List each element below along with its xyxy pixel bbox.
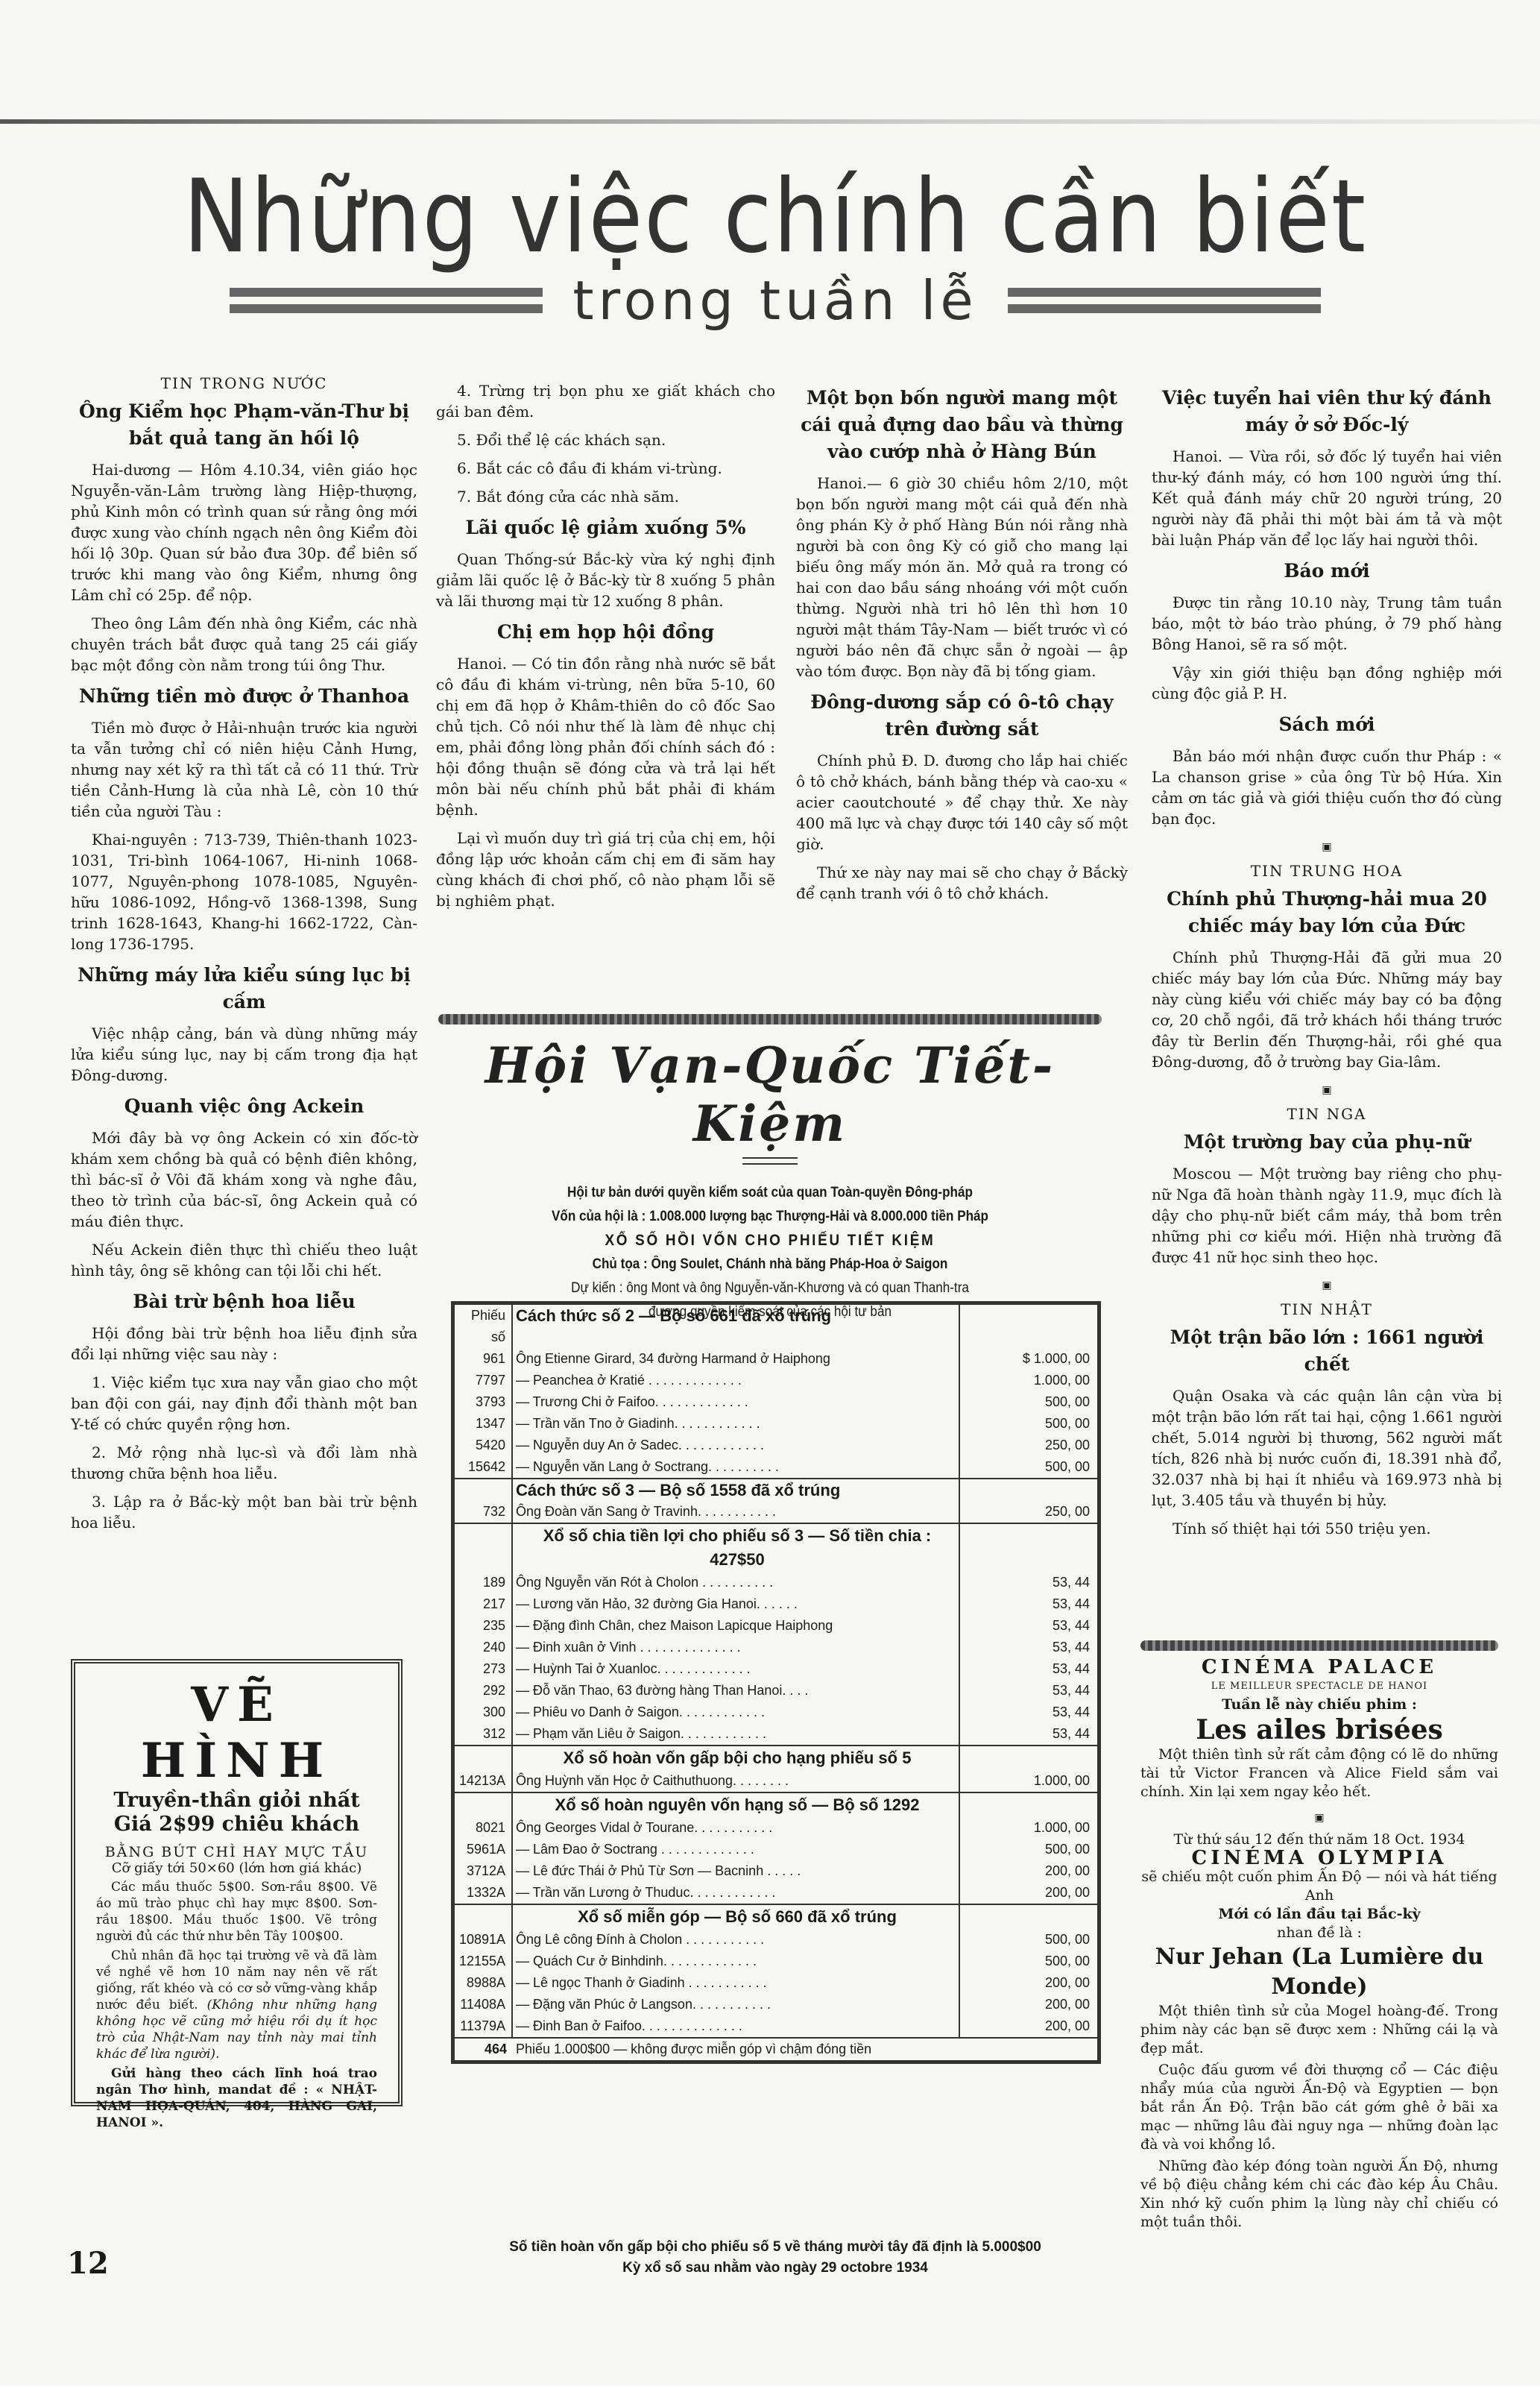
table-row: 5961A— Lâm Đao ở Soctrang . . . . . . . … [455, 1839, 1097, 1860]
article-headline: Một trường bay của phụ-nữ [1152, 1129, 1502, 1156]
prize-amount: 250, 00 [960, 1501, 1097, 1523]
article-headline: Những máy lửa kiểu súng lục bị cấm [71, 962, 417, 1016]
article-paragraph: Hội đồng bài trừ bệnh hoa liễu định sửa … [71, 1323, 417, 1364]
page-top-rule [0, 119, 1540, 124]
table-row: 235— Đặng đình Chân, chez Maison Lapicqu… [455, 1615, 1097, 1637]
article-headline: Báo mới [1152, 558, 1502, 585]
section-label-domestic: TIN TRONG NƯỚC [71, 373, 417, 394]
prize-amount: 53, 44 [960, 1637, 1097, 1658]
article-headline: Việc tuyển hai viên thư ký đánh máy ở sở… [1152, 385, 1502, 438]
prize-amount: 500, 00 [960, 1951, 1097, 1972]
page-subtitle: trong tuần lễ [572, 269, 977, 332]
winner-name: — Lương văn Hảo, 32 đường Gia Hanoi. . .… [513, 1593, 960, 1615]
ticket-column-header [455, 1746, 513, 1770]
article-paragraph: Chính phủ Thượng-Hải đã gửi mua 20 chiếc… [1152, 947, 1502, 1072]
ticket-number: 240 [455, 1637, 513, 1658]
ticket-number: 7797 [455, 1370, 513, 1391]
article-paragraph: Hanoi. — Có tin đồn rằng nhà nước sẽ bắt… [436, 653, 775, 820]
article-paragraph: Quận Osaka và các quận lân cận vừa bị mộ… [1152, 1385, 1502, 1511]
column-four: Việc tuyển hai viên thư ký đánh máy ở sở… [1152, 380, 1502, 1546]
ticket-number: 11379A [455, 2015, 513, 2037]
winner-name: — Nguyễn duy An ở Sadec. . . . . . . . .… [513, 1435, 960, 1456]
ticket-column-header [455, 1793, 513, 1817]
lottery-results-table: Phiếu sốCách thức số 2 — Bộ số 661 đã xổ… [451, 1301, 1101, 2064]
table-row: 10891AÔng Lê công Đính à Cholon . . . . … [455, 1929, 1097, 1951]
notice-line: Dự kiến : ông Mont và ông Nguyễn-văn-Khư… [472, 1277, 1069, 1300]
prize-amount: 53, 44 [960, 1723, 1097, 1745]
article-paragraph: Mới đây bà vợ ông Ackein có xin đốc-tờ k… [71, 1127, 417, 1232]
group-title: Xổ số chia tiền lợi cho phiếu số 3 — Số … [513, 1524, 960, 1572]
ad-medium: BẰNG BÚT CHÌ HAY MỰC TẦU [96, 1844, 377, 1860]
winner-name: Ông Etienne Girard, 34 đường Harmand ở H… [513, 1348, 960, 1370]
footer-text: Phiếu 1.000$00 — không được miễn góp vì … [513, 2039, 1079, 2060]
table-group-header: Phiếu sốCách thức số 2 — Bộ số 661 đã xổ… [455, 1305, 1097, 1348]
prize-amount: 500, 00 [960, 1413, 1097, 1435]
ticket-number: 312 [455, 1723, 513, 1745]
article-headline: Bài trừ bệnh hoa liễu [71, 1288, 417, 1315]
prize-amount: 500, 00 [960, 1456, 1097, 1478]
winner-name: — Nguyễn văn Lang ở Soctrang. . . . . . … [513, 1456, 960, 1478]
list-item: 4. Trừng trị bọn phu xe giất khách cho g… [436, 380, 775, 422]
ticket-number: 273 [455, 1658, 513, 1680]
article-headline: Sách mới [1152, 711, 1502, 738]
cinema-name: CINÉMA OLYMPIA [1140, 1849, 1498, 1868]
film-description: Một thiên tình sử của Mogel hoàng-đế. Tr… [1140, 2002, 1498, 2058]
article-paragraph: Chính phủ Đ. D. đương cho lắp hai chiếc … [796, 750, 1128, 854]
table-group-header: Xổ số miễn góp — Bộ số 660 đã xổ trúng [455, 1904, 1097, 1929]
notice-line: Chủ tọa : Ông Soulet, Chánh nhà băng Phá… [472, 1253, 1069, 1277]
notice-line: Vốn của hội là : 1.008.000 lượng bạc Thư… [472, 1205, 1069, 1229]
page-number: 12 [67, 2246, 109, 2281]
ticket-number: 300 [455, 1702, 513, 1723]
table-row: 1332A— Trần văn Lương ở Thuduc. . . . . … [455, 1882, 1097, 1904]
table-row: 217— Lương văn Hảo, 32 đường Gia Hanoi. … [455, 1593, 1097, 1615]
winner-name: — Đinh xuân ở Vinh . . . . . . . . . . .… [513, 1637, 960, 1658]
article-paragraph: Được tin rằng 10.10 này, Trung tâm tuần … [1152, 592, 1502, 655]
ticket-number: 15642 [455, 1456, 513, 1478]
prize-amount: $ 1.000, 00 [960, 1348, 1097, 1370]
winner-name: — Đặng đình Chân, chez Maison Lapicque H… [513, 1615, 960, 1637]
list-item: 2. Mở rộng nhà lục-sì và đổi làm nhà thư… [71, 1442, 417, 1484]
film-description: Những đào kép đóng toàn người Ấn Độ, như… [1140, 2157, 1498, 2232]
subtitle-row: trong tuần lễ [149, 269, 1401, 332]
film-description: Một thiên tình sử rất cảm động có lẽ do … [1140, 1746, 1498, 1801]
table-row: 8021Ông Georges Vidal ở Tourane. . . . .… [455, 1817, 1097, 1839]
article-paragraph: Khai-nguyên : 713-739, Thiên-thanh 1023-… [71, 829, 417, 954]
notice-heading: XỔ SỐ HỒI VỐN CHO PHIẾU TIẾT KIỆM [472, 1229, 1069, 1253]
winner-name: — Đinh Ban ở Faifoo. . . . . . . . . . .… [513, 2015, 960, 2037]
article-paragraph: Việc nhập cảng, bán và dùng những máy lử… [71, 1023, 417, 1086]
ticket-number: 217 [455, 1593, 513, 1615]
table-row: 292— Đỗ văn Thao, 63 đường hàng Than Han… [455, 1680, 1097, 1702]
amount-cell [960, 1305, 1097, 1348]
section-label-russia: TIN NGA [1152, 1104, 1502, 1124]
ticket-column-header [455, 1905, 513, 1929]
table-row: 240— Đinh xuân ở Vinh . . . . . . . . . … [455, 1637, 1097, 1658]
ticket-number: 1347 [455, 1413, 513, 1435]
prize-amount: 53, 44 [960, 1593, 1097, 1615]
ornament-icon: ▣ [1152, 1080, 1502, 1101]
prize-amount: 200, 00 [960, 1994, 1097, 2015]
article-paragraph: Vậy xin giới thiệu bạn đồng nghiệp mới c… [1152, 662, 1502, 704]
savings-society-notice: Hội Vạn-Quốc Tiết-Kiệm Hội tư bản dưới q… [438, 1014, 1102, 1324]
prize-amount: 200, 00 [960, 2015, 1097, 2037]
decorative-border [438, 1014, 1102, 1024]
ad-title: VẼ HÌNH [96, 1677, 377, 1789]
ticket-column-header [455, 1479, 513, 1501]
cinema-line: nhan đề là : [1140, 1924, 1498, 1942]
prize-amount: 53, 44 [960, 1615, 1097, 1637]
prize-amount: 200, 00 [960, 1882, 1097, 1904]
notice-title: Hội Vạn-Quốc Tiết-Kiệm [438, 1036, 1102, 1153]
ticket-number: 5961A [455, 1839, 513, 1860]
table-row: 732Ông Đoàn văn Sang ở Travinh. . . . . … [455, 1501, 1097, 1523]
ticket-number: 732 [455, 1501, 513, 1523]
group-title: Cách thức số 2 — Bộ số 661 đã xổ trúng [513, 1305, 960, 1348]
winner-name: Ông Nguyễn văn Rót à Cholon . . . . . . … [513, 1572, 960, 1593]
list-item: 1. Việc kiểm tục xưa nay vẫn giao cho mộ… [71, 1372, 417, 1435]
article-headline: Đông-dương sắp có ô-tô chạy trên đường s… [796, 689, 1128, 743]
table-row: 300— Phiêu vo Danh ở Saigon. . . . . . .… [455, 1702, 1097, 1723]
amount-cell [960, 1905, 1097, 1929]
cinema-intro: Tuần lễ này chiếu phim : [1140, 1696, 1498, 1714]
winner-name: — Quách Cư ở Binhdinh. . . . . . . . . .… [513, 1951, 960, 1972]
list-item: 6. Bắt các cô đầu đi khám vi-trùng. [436, 458, 775, 479]
article-paragraph: Tính số thiệt hại tới 550 triệu yen. [1152, 1518, 1502, 1539]
winner-name: Ông Lê công Đính à Cholon . . . . . . . … [513, 1929, 960, 1951]
decorative-rule-left [230, 288, 543, 313]
list-item: 7. Bắt đóng cửa các nhà săm. [436, 486, 775, 507]
prize-amount: 1.000, 00 [960, 1817, 1097, 1839]
ad-prices: Các mầu thuốc 5$00. Sơn-rầu 8$00. Vẽ áo … [96, 1879, 377, 1945]
film-title: Les ailes brisées [1140, 1714, 1498, 1746]
winner-name: — Trương Chi ở Faifoo. . . . . . . . . .… [513, 1391, 960, 1413]
group-title: Xổ số miễn góp — Bộ số 660 đã xổ trúng [513, 1905, 960, 1929]
ad-about-block: Chủ nhân đã học tại trường vẽ và đã làm … [96, 1948, 377, 2062]
table-row: 1347— Trần văn Tno ở Giadinh. . . . . . … [455, 1413, 1097, 1435]
winner-name: — Huỳnh Tai ở Xuanloc. . . . . . . . . .… [513, 1658, 960, 1680]
table-row: 7797— Peanchea ở Kratié . . . . . . . . … [455, 1370, 1097, 1391]
article-headline: Chị em họp hội đồng [436, 619, 775, 646]
article-headline: Ông Kiểm học Phạm-văn-Thư bị bắt quả tan… [71, 398, 417, 452]
winner-name: — Lâm Đao ở Soctrang . . . . . . . . . .… [513, 1839, 960, 1860]
film-title: Nur Jehan (La Lumière du Monde) [1140, 1942, 1498, 2002]
prize-amount: 1.000, 00 [960, 1370, 1097, 1391]
table-group-header: Xổ số chia tiền lợi cho phiếu số 3 — Số … [455, 1523, 1097, 1572]
winner-name: — Phiêu vo Danh ở Saigon. . . . . . . . … [513, 1702, 960, 1723]
amount-cell [960, 1793, 1097, 1817]
prize-amount: 200, 00 [960, 1972, 1097, 1994]
winner-name: — Đỗ văn Thao, 63 đường hàng Than Hanoi.… [513, 1680, 960, 1702]
table-row: 5420— Nguyễn duy An ở Sadec. . . . . . .… [455, 1435, 1097, 1456]
ornament-icon: ▣ [1140, 1809, 1498, 1828]
winner-name: — Trần văn Tno ở Giadinh. . . . . . . . … [513, 1413, 960, 1435]
table-row: 11408A— Đặng văn Phúc ở Langson. . . . .… [455, 1994, 1097, 2015]
table-row: 3793— Trương Chi ở Faifoo. . . . . . . .… [455, 1391, 1097, 1413]
winner-name: — Lê ngọc Thanh ở Giadinh . . . . . . . … [513, 1972, 960, 1994]
table-group-header: Cách thức số 3 — Bộ số 1558 đã xổ trúng [455, 1478, 1097, 1501]
winner-name: Ông Đoàn văn Sang ở Travinh. . . . . . .… [513, 1501, 960, 1523]
article-paragraph: Hai-dương — Hôm 4.10.34, viên giáo học N… [71, 459, 417, 605]
ad-body: Các mầu thuốc 5$00. Sơn-rầu 8$00. Vẽ áo … [96, 1879, 377, 2131]
table-group-header: Xổ số hoàn vốn gấp bội cho hạng phiếu số… [455, 1745, 1097, 1770]
ticket-number: 1332A [455, 1882, 513, 1904]
ticket-number: 464 [455, 2039, 513, 2060]
ticket-number: 12155A [455, 1951, 513, 1972]
ad-paper-size: Cỡ giấy tới 50×60 (lớn hơn giá khác) [96, 1860, 377, 1876]
ticket-number: 8021 [455, 1817, 513, 1839]
section-label-japan: TIN NHẬT [1152, 1299, 1502, 1320]
ticket-number: 961 [455, 1348, 513, 1370]
amount-cell [960, 1746, 1097, 1770]
table-group-header: Xổ số hoàn nguyên vốn hạng số — Bộ số 12… [455, 1792, 1097, 1817]
table-footer-row: 464Phiếu 1.000$00 — không được miễn góp … [455, 2037, 1097, 2060]
decorative-rule-right [1008, 288, 1321, 313]
article-headline: Một bọn bốn người mang một cái quả đựng … [796, 385, 1128, 465]
prize-amount: 53, 44 [960, 1572, 1097, 1593]
table-row: 273— Huỳnh Tai ở Xuanloc. . . . . . . . … [455, 1658, 1097, 1680]
prize-amount: 53, 44 [960, 1658, 1097, 1680]
ticket-number: 8988A [455, 1972, 513, 1994]
ad-price: Giá 2$99 chiêu khách [96, 1813, 377, 1836]
article-paragraph: Moscou — Một trường bay riêng cho phụ-nữ… [1152, 1163, 1502, 1268]
winner-name: — Peanchea ở Kratié . . . . . . . . . . … [513, 1370, 960, 1391]
table-row: 189Ông Nguyễn văn Rót à Cholon . . . . .… [455, 1572, 1097, 1593]
ticket-number: 189 [455, 1572, 513, 1593]
lottery-notes: Số tiền hoàn vốn gấp bội cho phiếu số 5 … [447, 2237, 1103, 2279]
prize-amount: 500, 00 [960, 1391, 1097, 1413]
group-title: Xổ số hoàn vốn gấp bội cho hạng phiếu số… [513, 1746, 960, 1770]
ticket-number: 5420 [455, 1435, 513, 1456]
ticket-number: 11408A [455, 1994, 513, 2015]
column-two: 4. Trừng trị bọn phu xe giất khách cho g… [436, 380, 775, 919]
decorative-border [1140, 1640, 1498, 1651]
cinema-line: Mới có lần đầu tại Bắc-kỳ [1140, 1905, 1498, 1924]
column-three: Một bọn bốn người mang một cái quả đựng … [796, 380, 1128, 911]
ticket-number: 3712A [455, 1860, 513, 1882]
article-headline: Một trận bão lớn : 1661 người chết [1152, 1324, 1502, 1378]
notice-line: Hội tư bản dưới quyền kiểm soát của quan… [472, 1181, 1069, 1205]
table-row: 8988A— Lê ngọc Thanh ở Giadinh . . . . .… [455, 1972, 1097, 1994]
ticket-number: 292 [455, 1680, 513, 1702]
table-row: 312— Phạm văn Liêu ở Saigon. . . . . . .… [455, 1723, 1097, 1745]
article-paragraph: Thứ xe này nay mai sẽ cho chạy ở Bắckỳ đ… [796, 862, 1128, 904]
cinema-tagline: LE MEILLEUR SPECTACLE DE HANOI [1140, 1677, 1498, 1696]
amount-cell [960, 1524, 1097, 1572]
article-paragraph: Theo ông Lâm đến nhà ông Kiểm, các nhà c… [71, 613, 417, 676]
ornament-icon: ▣ [1152, 837, 1502, 857]
table-row: 15642— Nguyễn văn Lang ở Soctrang. . . .… [455, 1456, 1097, 1478]
table-row: 14213AÔng Huỳnh văn Học ở Caithuthuong. … [455, 1770, 1097, 1792]
winner-name: Ông Georges Vidal ở Tourane. . . . . . .… [513, 1817, 960, 1839]
prize-amount: 1.000, 00 [960, 1770, 1097, 1792]
article-paragraph: Nếu Ackein điên thực thì chiếu theo luật… [71, 1239, 417, 1281]
divider [742, 1157, 798, 1165]
ticket-column-header [455, 1524, 513, 1572]
prize-amount: 250, 00 [960, 1435, 1097, 1456]
article-paragraph: Hanoi. — Vừa rồi, sở đốc lý tuyển hai vi… [1152, 446, 1502, 550]
ticket-number: 3793 [455, 1391, 513, 1413]
article-headline: Quanh việc ông Ackein [71, 1093, 417, 1120]
list-item: 3. Lập ra ở Bắc-kỳ một ban bài trừ bệnh … [71, 1491, 417, 1533]
table-row: 11379A— Đinh Ban ở Faifoo. . . . . . . .… [455, 2015, 1097, 2037]
ad-order-info: Gửi hàng theo cách lĩnh hoá trao ngân Th… [96, 2065, 377, 2131]
cinema-advertisements: CINÉMA PALACE LE MEILLEUR SPECTACLE DE H… [1140, 1640, 1498, 2235]
amount-cell [960, 1479, 1097, 1501]
lottery-note: Kỳ xổ số sau nhằm vào ngày 29 octobre 19… [447, 2258, 1103, 2279]
column-domestic-news: TIN TRONG NƯỚC Ông Kiểm học Phạm-văn-Thư… [71, 373, 417, 1540]
winner-name: — Đặng văn Phúc ở Langson. . . . . . . .… [513, 1994, 960, 2015]
prize-amount: 53, 44 [960, 1702, 1097, 1723]
cinema-name: CINÉMA PALACE [1140, 1658, 1498, 1677]
ticket-column-header: Phiếu số [455, 1305, 513, 1348]
winner-name: Ông Huỳnh văn Học ở Caithuthuong. . . . … [513, 1770, 960, 1792]
group-title: Cách thức số 3 — Bộ số 1558 đã xổ trúng [513, 1479, 960, 1501]
winner-name: — Trần văn Lương ở Thuduc. . . . . . . .… [513, 1882, 960, 1904]
table-row: 3712A— Lê đức Thái ở Phủ Từ Sơn — Bacnin… [455, 1860, 1097, 1882]
article-paragraph: Tiền mò được ở Hải-nhuận trước kia người… [71, 717, 417, 822]
article-paragraph: Hanoi.— 6 giờ 30 chiều hôm 2/10, một bọn… [796, 473, 1128, 682]
masthead: Những việc chính cần biết trong tuần lễ [149, 168, 1401, 332]
ticket-number: 14213A [455, 1770, 513, 1792]
section-label-china: TIN TRUNG HOA [1152, 860, 1502, 881]
prize-amount: 53, 44 [960, 1680, 1097, 1702]
winner-name: — Phạm văn Liêu ở Saigon. . . . . . . . … [513, 1723, 960, 1745]
ornament-icon: ▣ [1152, 1275, 1502, 1296]
ticket-number: 235 [455, 1615, 513, 1637]
article-paragraph: Quan Thống-sứ Bắc-kỳ vừa ký nghị định gi… [436, 549, 775, 611]
table-row: 961Ông Etienne Girard, 34 đường Harmand … [455, 1348, 1097, 1370]
article-paragraph: Lại vì muốn duy trì giá trị của chị em, … [436, 828, 775, 911]
film-description: Cuộc đấu gươm về đời thượng cổ — Các điệ… [1140, 2061, 1498, 2154]
page-title: Những việc chính cần biết [149, 160, 1401, 272]
prize-amount: 200, 00 [960, 1860, 1097, 1882]
prize-amount: 500, 00 [960, 1929, 1097, 1951]
article-headline: Lãi quốc lệ giảm xuống 5% [436, 514, 775, 541]
winner-name: — Lê đức Thái ở Phủ Từ Sơn — Bacninh . .… [513, 1860, 960, 1882]
group-title: Xổ số hoàn nguyên vốn hạng số — Bộ số 12… [513, 1793, 960, 1817]
article-paragraph: Bản báo mới nhận được cuốn thư Pháp : « … [1152, 746, 1502, 829]
article-headline: Chính phủ Thượng-hải mua 20 chiếc máy ba… [1152, 886, 1502, 939]
article-headline: Những tiền mò được ở Thanhoa [71, 683, 417, 710]
list-item: 5. Đổi thể lệ các khách sạn. [436, 429, 775, 450]
cinema-line: sẽ chiếu một cuốn phim Ấn Độ — nói và há… [1140, 1868, 1498, 1905]
ticket-number: 10891A [455, 1929, 513, 1951]
advertisement-ve-hinh: VẼ HÌNH Truyền-thần giỏi nhất Giá 2$99 c… [71, 1659, 403, 2106]
table-row: 12155A— Quách Cư ở Binhdinh. . . . . . .… [455, 1951, 1097, 1972]
lottery-note: Số tiền hoàn vốn gấp bội cho phiếu số 5 … [447, 2237, 1103, 2258]
ad-tagline: Truyền-thần giỏi nhất [96, 1789, 377, 1813]
prize-amount: 500, 00 [960, 1839, 1097, 1860]
